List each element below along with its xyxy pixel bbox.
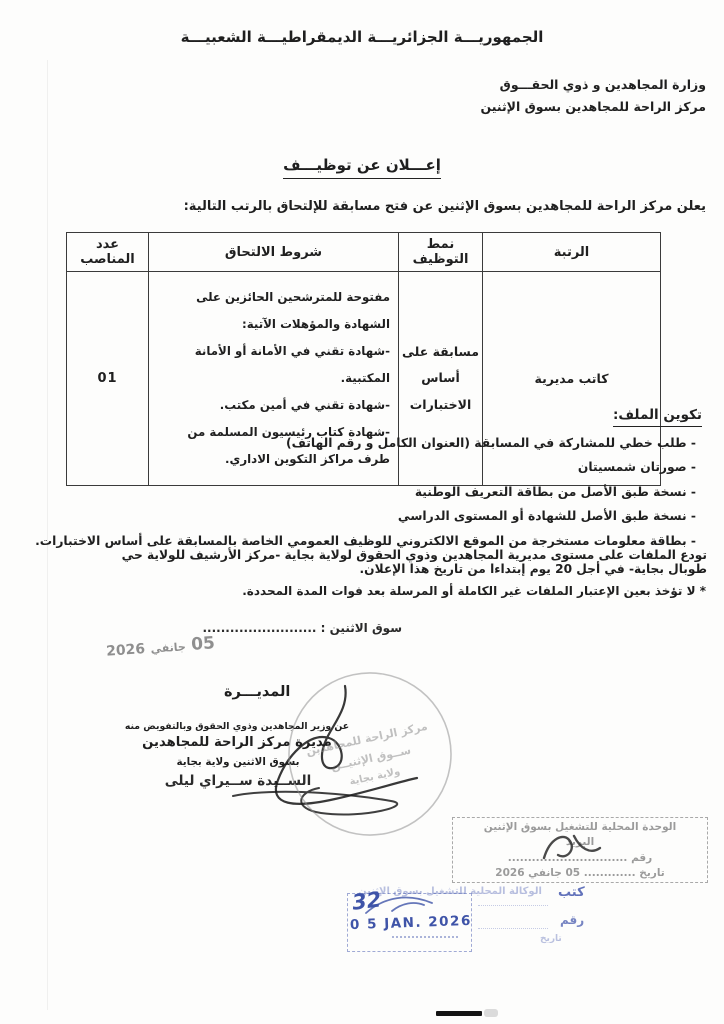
list-item: - نسخة طبق الأصل للشهادة أو المستوى الدر… (35, 504, 696, 528)
center-name: مركز الراحة للمجاهدين بسوق الإثنين (481, 96, 706, 118)
scan-artifact-bar (436, 1011, 482, 1016)
deposit-instructions: تودع الملفات على مستوى مديرية المجاهدين … (86, 548, 707, 576)
file-section-title: تكوين الملف: (613, 407, 702, 423)
col-header-mode: نمط التوظيف (399, 233, 483, 272)
col-header-rank: الرتبة (483, 233, 661, 272)
scanned-document-page: الجمهوريـــة الجزائريـــة الديمقراطيـــة… (0, 0, 724, 1024)
list-item: - نسخة طبق الأصل من بطاقة التعريف الوطني… (35, 480, 696, 504)
agency-stamp-dotted-line (392, 936, 458, 938)
file-requirements-list: - طلب خطي للمشاركة في المسابقة (العنوان … (35, 431, 696, 553)
stamp-year: 2026 (106, 641, 146, 660)
agency-stamp-label-bot: تاريخ (540, 934, 562, 944)
stamp-month: جانفي (150, 640, 186, 655)
scan-artifact-smudge (484, 1009, 498, 1017)
announcement-intro: يعلن مركز الراحة للمجاهدين بسوق الإثنين … (184, 199, 706, 214)
announcement-title: إعـــلان عن توظيـــف (0, 156, 724, 174)
letterhead: وزارة المجاهدين و ذوي الحقـــوق مركز الر… (481, 74, 706, 118)
stamp-day: 05 (191, 633, 216, 655)
round-official-stamp: الجمهورية الجزائرية الديمقراطية الشعبية … (268, 652, 472, 856)
condition-line: -شهادة تقني في الأمانة أو الأمانة المكتب… (153, 338, 390, 392)
table-header-row: الرتبة نمط التوظيف شروط الالتحاق عدد الم… (67, 233, 661, 272)
list-item: - صورتان شمسيتان (35, 455, 696, 479)
announcement-title-text: إعـــلان عن توظيـــف (283, 156, 441, 179)
list-item: - طلب خطي للمشاركة في المسابقة (العنوان … (35, 431, 696, 455)
agency-stamp-dotted-line (478, 905, 548, 906)
handwritten-initials (536, 828, 606, 868)
place-date-line: سوق الاثنين : ......................... (203, 621, 403, 635)
stamp-center-line3: ولاية بجاية (349, 766, 402, 787)
ministry-name: وزارة المجاهدين و ذوي الحقـــوق (481, 74, 706, 96)
col-header-positions: عدد المناصب (67, 233, 149, 272)
file-section-title-text: تكوين الملف: (613, 407, 702, 427)
republic-title: الجمهوريـــة الجزائريـــة الديمقراطيـــة… (0, 28, 724, 46)
condition-line: مفتوحة للمترشحين الحائزين على الشهادة وا… (153, 284, 390, 338)
unit-stamp-line4: تاريخ ............. 05 جانفي 2026 (457, 867, 703, 879)
date-stamp: 05 جانفي 2026 (105, 633, 215, 661)
col-header-conditions: شروط الالتحاق (149, 233, 399, 272)
agency-stamp-label-top: كتب (558, 885, 585, 900)
agency-stamp-label-mid: رقم (560, 913, 584, 927)
agency-stamp-dotted-line (478, 928, 548, 929)
warning-note: * لا تؤخذ بعين الإعتبار الملفات غير الكا… (242, 584, 706, 598)
condition-line: -شهادة تقني في أمين مكتب. (153, 392, 390, 419)
